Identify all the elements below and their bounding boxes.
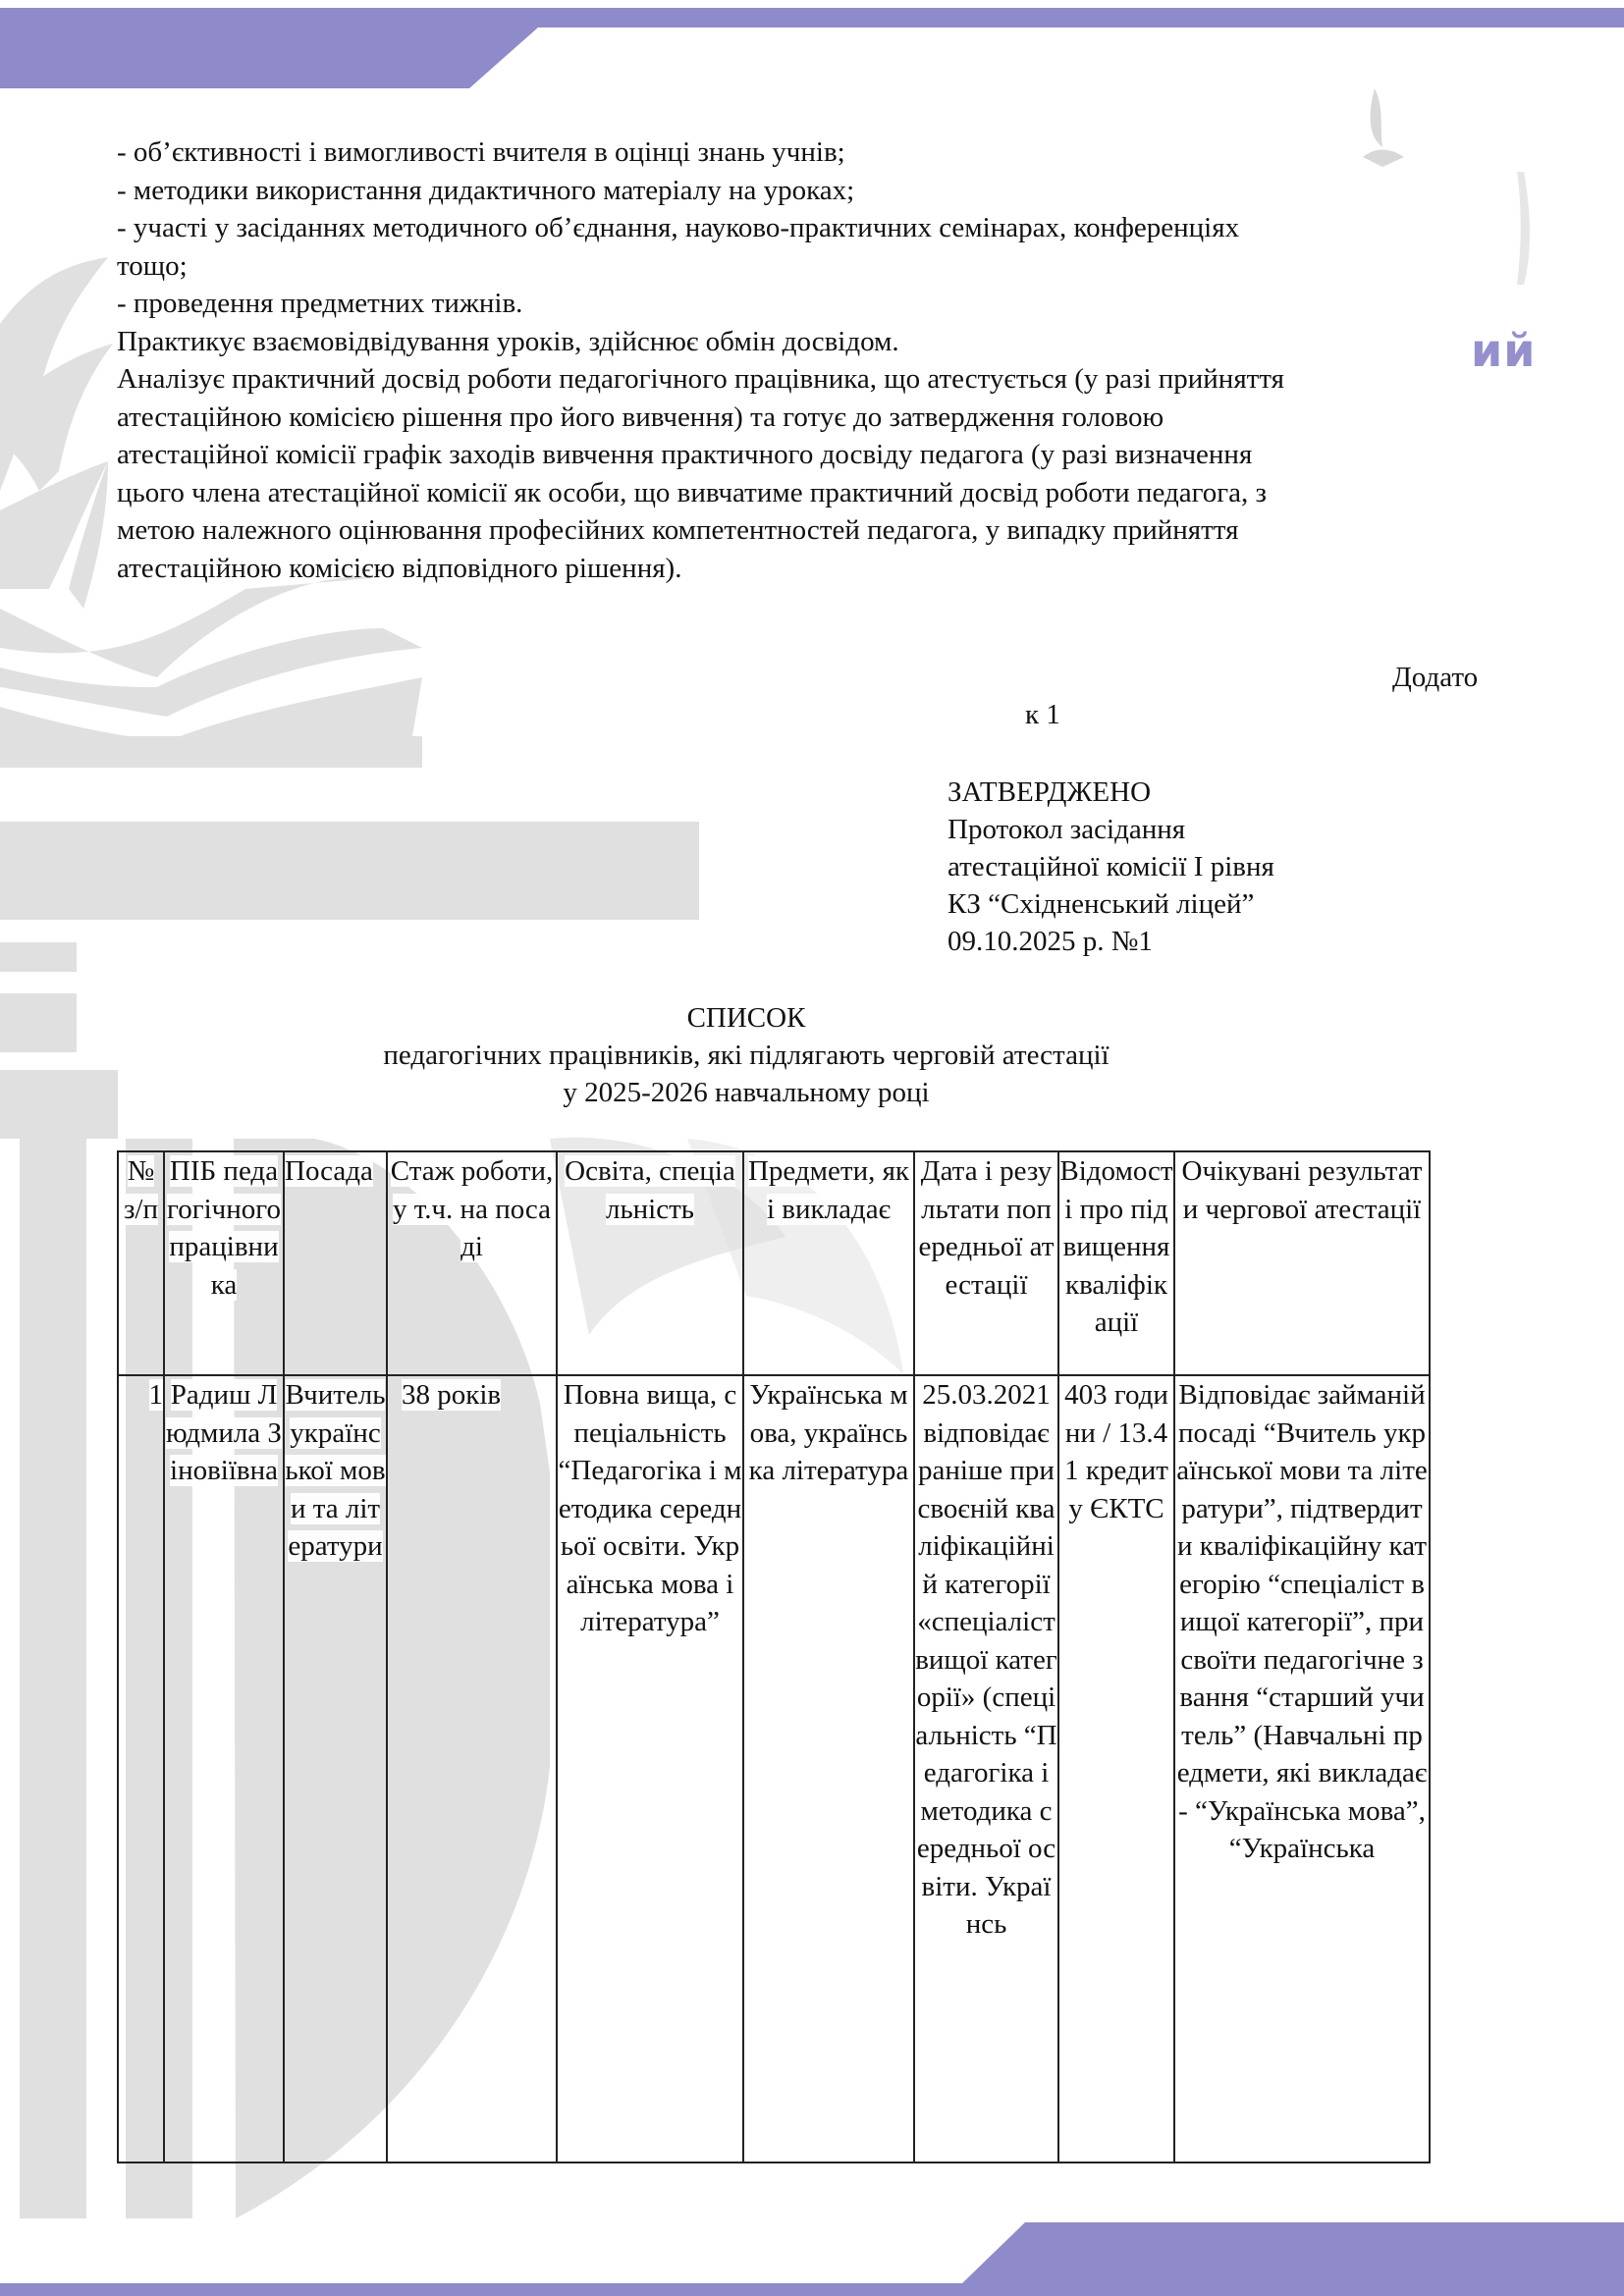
header-subjects: Предмети, які викладає <box>743 1151 914 1375</box>
approval-date: 09.10.2025 р. №1 <box>947 923 1274 960</box>
list-heading: СПИСОК <box>0 999 1492 1037</box>
list-subtitle: педагогічних працівників, які підлягають… <box>0 1037 1492 1074</box>
footer-band <box>0 2218 1624 2296</box>
paragraph-line: цього члена атестаційної комісії як особ… <box>117 474 1501 512</box>
appendix-label-part1: Додато <box>1392 662 1478 694</box>
approval-line: атестаційної комісії І рівня <box>947 848 1274 885</box>
paragraph-line: - методики використання дидактичного мат… <box>117 172 1501 210</box>
paragraph-line: метою належного оцінювання професійних к… <box>117 511 1501 550</box>
appendix-label-part2: к 1 <box>1025 699 1060 731</box>
cell-expected-results: Відповідає займаній посаді “Вчитель укра… <box>1174 1375 1430 2163</box>
table-header-row: № з/п ПІБ педагогічного працівника Посад… <box>118 1151 1430 1375</box>
paragraph-line: тощо; <box>117 247 1501 286</box>
approval-line: Протокол засідання <box>947 811 1274 848</box>
cell-position: Вчитель української мови та літератури <box>284 1375 387 2163</box>
cell-num: 1 <box>118 1375 164 2163</box>
header-name: ПІБ педагогічного працівника <box>164 1151 284 1375</box>
header-num: № з/п <box>118 1151 164 1375</box>
paragraph-line: атестаційною комісією відповідного рішен… <box>117 550 1501 588</box>
paragraph-line: - проведення предметних тижнів. <box>117 285 1501 323</box>
list-year: у 2025-2026 навчальному році <box>0 1074 1492 1111</box>
paragraph-line: Практикує взаємовідвідування уроків, зді… <box>117 323 1501 361</box>
approval-block: ЗАТВЕРДЖЕНО Протокол засідання атестацій… <box>947 774 1274 960</box>
paragraph-line: - участі у засіданнях методичного об’єдн… <box>117 209 1501 247</box>
list-title: СПИСОК педагогічних працівників, які під… <box>0 999 1492 1111</box>
paragraph-line: атестаційною комісією рішення про його в… <box>117 399 1501 437</box>
paragraph-line: - об’єктивності і вимогливості вчителя в… <box>117 133 1501 172</box>
header-education: Освіта, спеціальність <box>557 1151 743 1375</box>
cell-previous-attestation: 25.03.2021 відповідає раніше присвоєній … <box>914 1375 1058 2163</box>
cell-qualification: 403 години / 13.41 кредиту ЄКТС <box>1058 1375 1174 2163</box>
paragraph-line: атестаційної комісії графік заходів вивч… <box>117 436 1501 474</box>
cell-experience: 38 років <box>387 1375 557 2163</box>
approval-heading: ЗАТВЕРДЖЕНО <box>947 774 1274 811</box>
approval-line: КЗ “Східненський ліцей” <box>947 885 1274 923</box>
header-previous-attestation: Дата і результати попередньої атестації <box>914 1151 1058 1375</box>
header-expected-results: Очікувані результати чергової атестації <box>1174 1151 1430 1375</box>
attestation-table: № з/п ПІБ педагогічного працівника Посад… <box>117 1150 1431 2163</box>
header-experience: Стаж роботи, у т.ч. на посаді <box>387 1151 557 1375</box>
header-position: Посада <box>284 1151 387 1375</box>
cell-name: Радиш Людмила Зіновіївна <box>164 1375 284 2163</box>
paragraph-line: Аналізує практичний досвід роботи педаго… <box>117 360 1501 399</box>
header-band <box>0 0 1624 88</box>
cell-subjects: Українська мова, українська література <box>743 1375 914 2163</box>
cell-education: Повна вища, спеціальність “Педагогіка і … <box>557 1375 743 2163</box>
header-qualification: Відомості про підвищення кваліфікації <box>1058 1151 1174 1375</box>
body-text: - об’єктивності і вимогливості вчителя в… <box>117 133 1501 587</box>
table-row: 1 Радиш Людмила Зіновіївна Вчитель украї… <box>118 1375 1430 2163</box>
